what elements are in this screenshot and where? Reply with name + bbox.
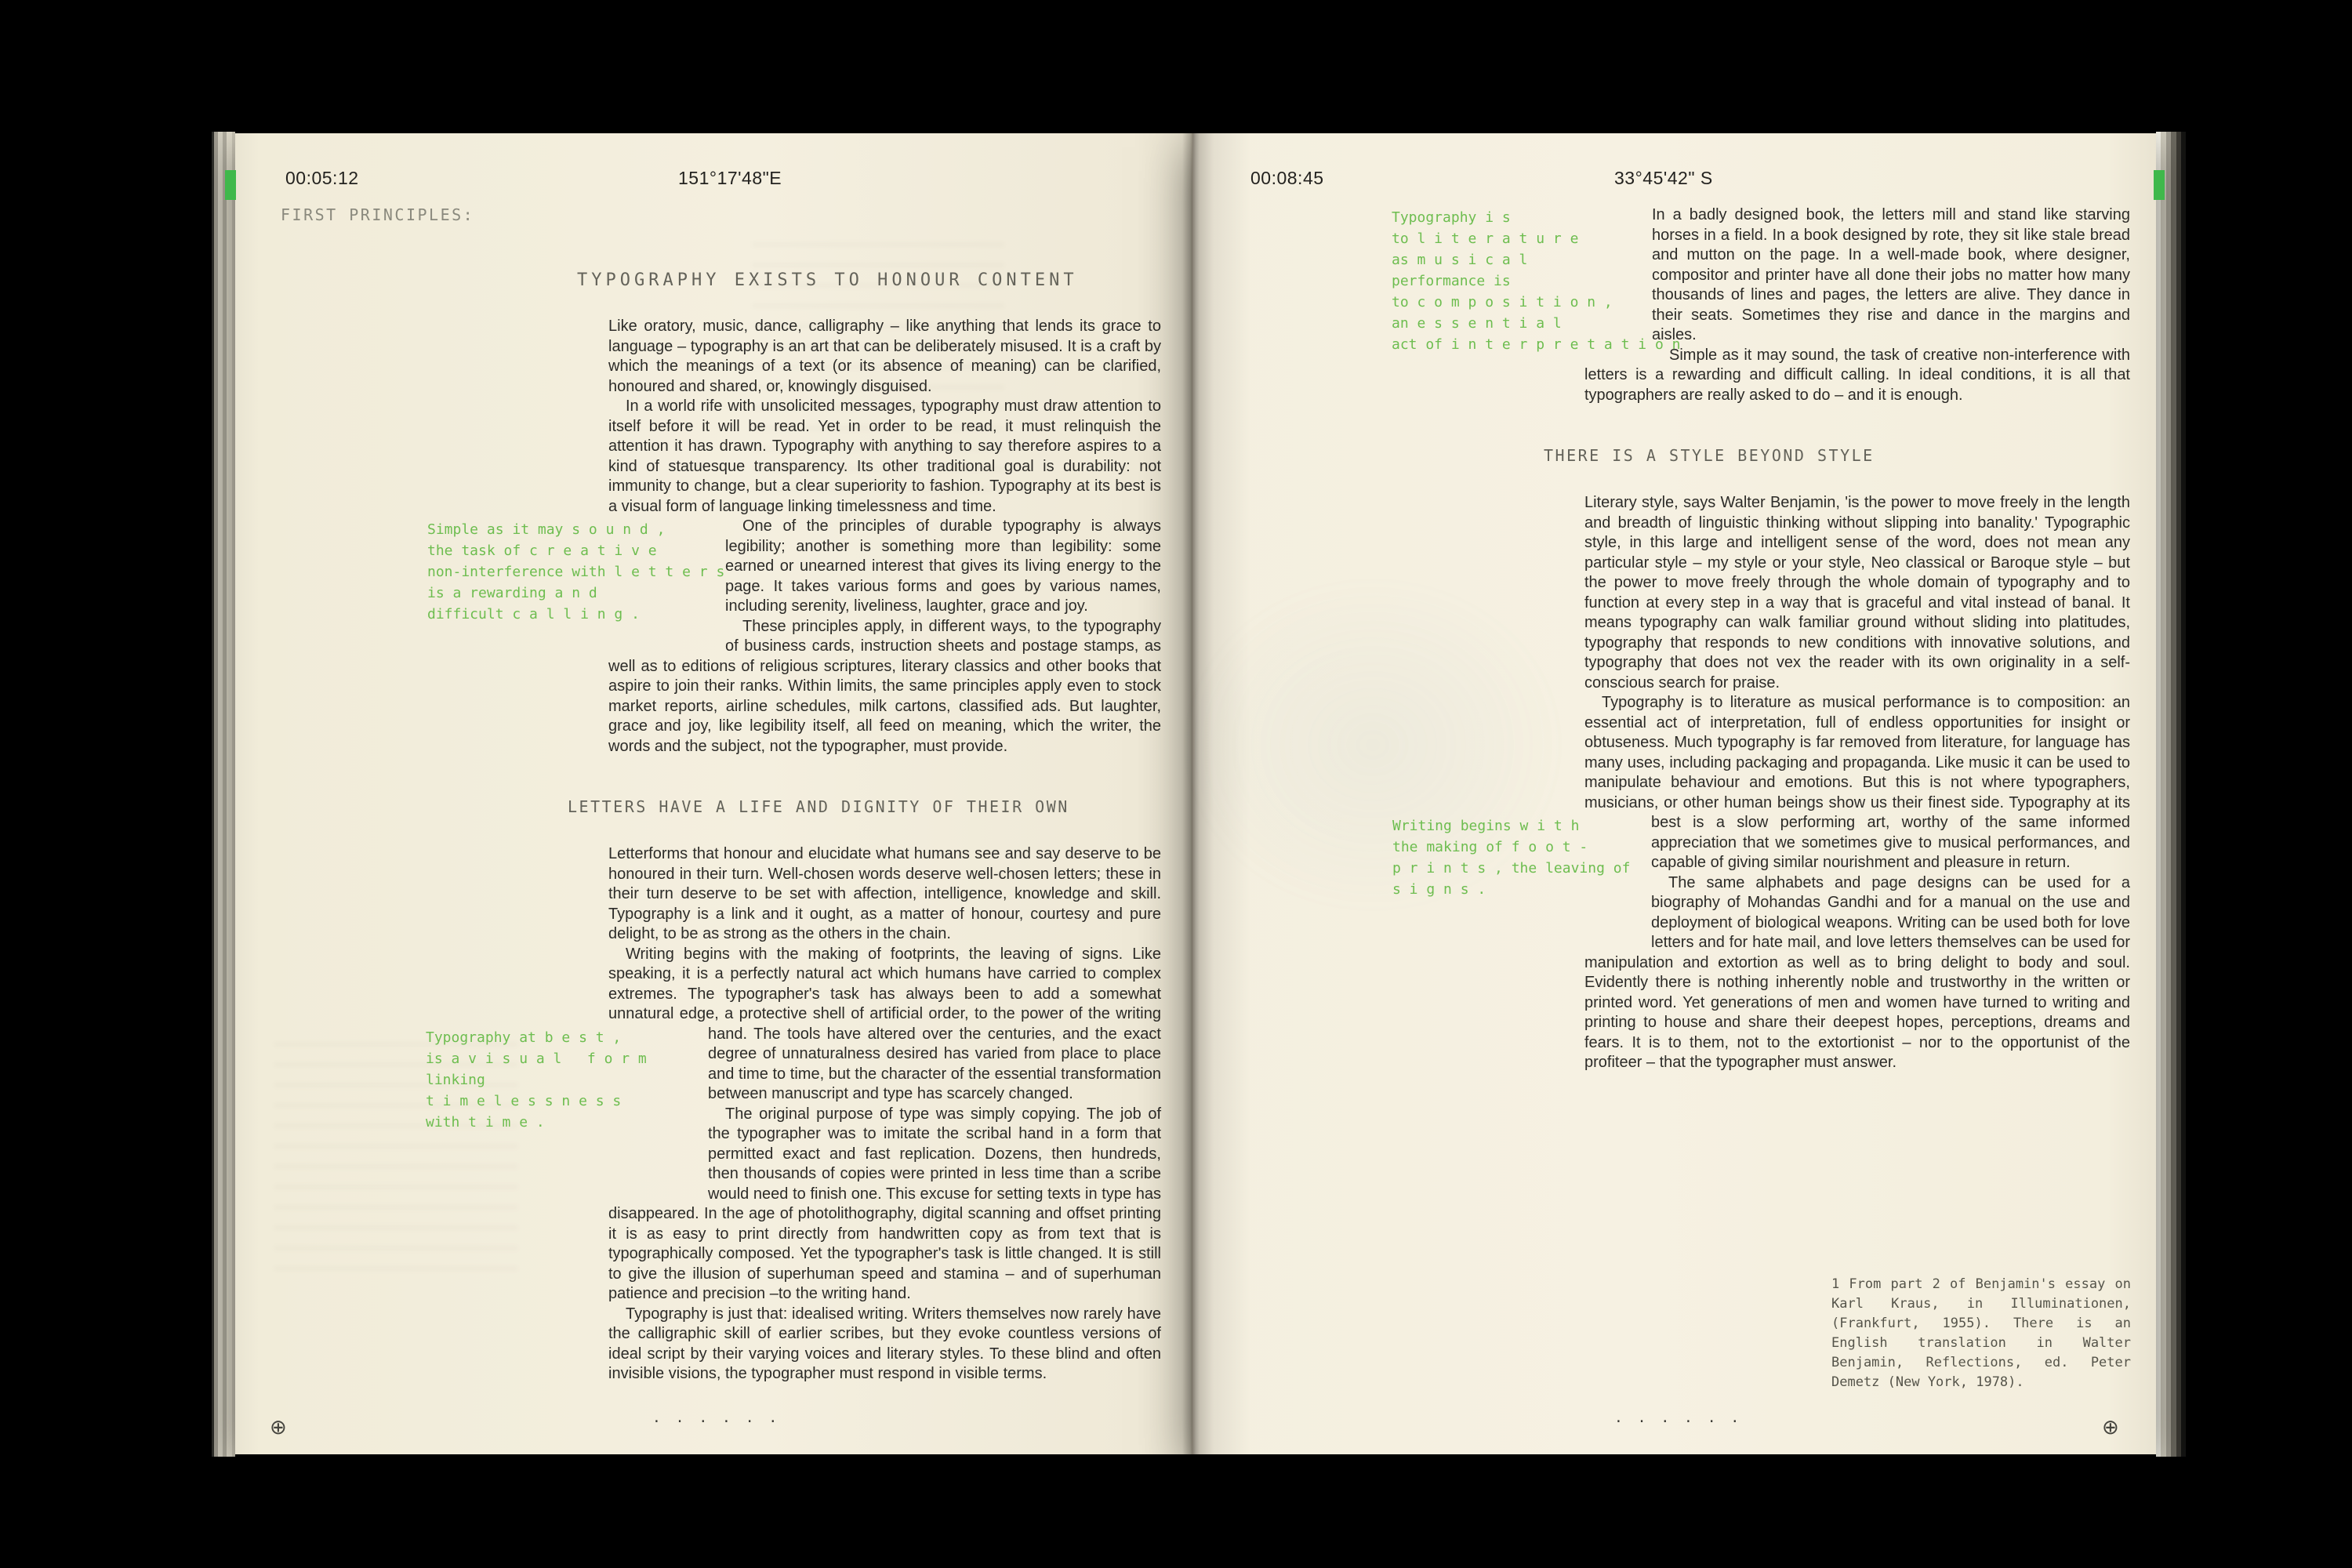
body-paragraph: Simple as it may s o u n d , the task of…: [608, 517, 1161, 617]
body-paragraph: In a badly designed book, the letters mi…: [1584, 205, 2130, 346]
right-header-timestamp: 00:08:45: [1250, 168, 1324, 189]
margin-note-timelessness: Typography at b e s t , is a v i s u a l…: [426, 1027, 708, 1190]
section-heading-letters-have-a-life: LETTERS HAVE A LIFE AND DIGNITY OF THEIR…: [568, 797, 1161, 816]
left-header-timestamp: 00:05:12: [285, 168, 359, 189]
page-stack-left-edge: [212, 132, 235, 1457]
registration-mark-right: ⊕: [2102, 1416, 2119, 1439]
body-paragraph: Like oratory, music, dance, calligraphy …: [608, 317, 1161, 397]
left-header-coordinates: 151°17'48"E: [678, 168, 782, 189]
footer-dots-left: . . . . . .: [652, 1410, 780, 1426]
kicker-first-principles: FIRST PRINCIPLES:: [281, 205, 474, 224]
margin-note-musical-performance: Typography i s to l i t e r a t u r e as…: [1392, 207, 1652, 358]
left-page: 00:05:12 151°17'48"E FIRST PRINCIPLES: T…: [235, 133, 1192, 1454]
body-paragraph: Letterforms that honour and elucidate wh…: [608, 844, 1161, 945]
right-header-coordinates: 33°45'42" S: [1614, 168, 1713, 189]
margin-note-footprints: Writing begins w i t h the making of f o…: [1392, 815, 1651, 937]
green-edge-tab-left: [225, 170, 236, 200]
body-paragraph: Typography is just that: idealised writi…: [608, 1305, 1161, 1385]
section-heading-typography-exists: TYPOGRAPHY EXISTS TO HONOUR CONTENT: [577, 270, 1161, 290]
section-heading-style-beyond-style: THERE IS A STYLE BEYOND STYLE: [1544, 446, 2130, 465]
body-paragraph: Writing begins with the making of footpr…: [608, 945, 1161, 1105]
registration-mark-left: ⊕: [270, 1416, 287, 1439]
footnote-benjamin-reference: 1 From part 2 of Benjamin's essay on Kar…: [1831, 1275, 2131, 1392]
book-spread-photo: { "palette":{"accent_green":"#6dbd4f","p…: [0, 0, 2352, 1568]
body-paragraph: Simple as it may sound, the task of crea…: [1584, 346, 2130, 406]
body-paragraph: The same alphabets and page designs can …: [1584, 873, 2130, 1073]
page-stack-right-edge: [2156, 132, 2186, 1457]
margin-note-creative-noninterference: Simple as it may s o u n d , the task of…: [427, 519, 725, 641]
body-paragraph: Literary style, says Walter Benjamin, 'i…: [1584, 493, 2130, 693]
right-page: 00:08:45 33°45'42" S Typography i s to l…: [1192, 133, 2156, 1454]
body-paragraph: In a world rife with unsolicited message…: [608, 397, 1161, 517]
spine-shadow: [1182, 133, 1200, 1454]
green-edge-tab-right: [2154, 170, 2165, 200]
body-paragraph: Typography is to literature as musical p…: [1584, 693, 2130, 873]
footer-dots-right: . . . . . .: [1614, 1410, 1742, 1426]
